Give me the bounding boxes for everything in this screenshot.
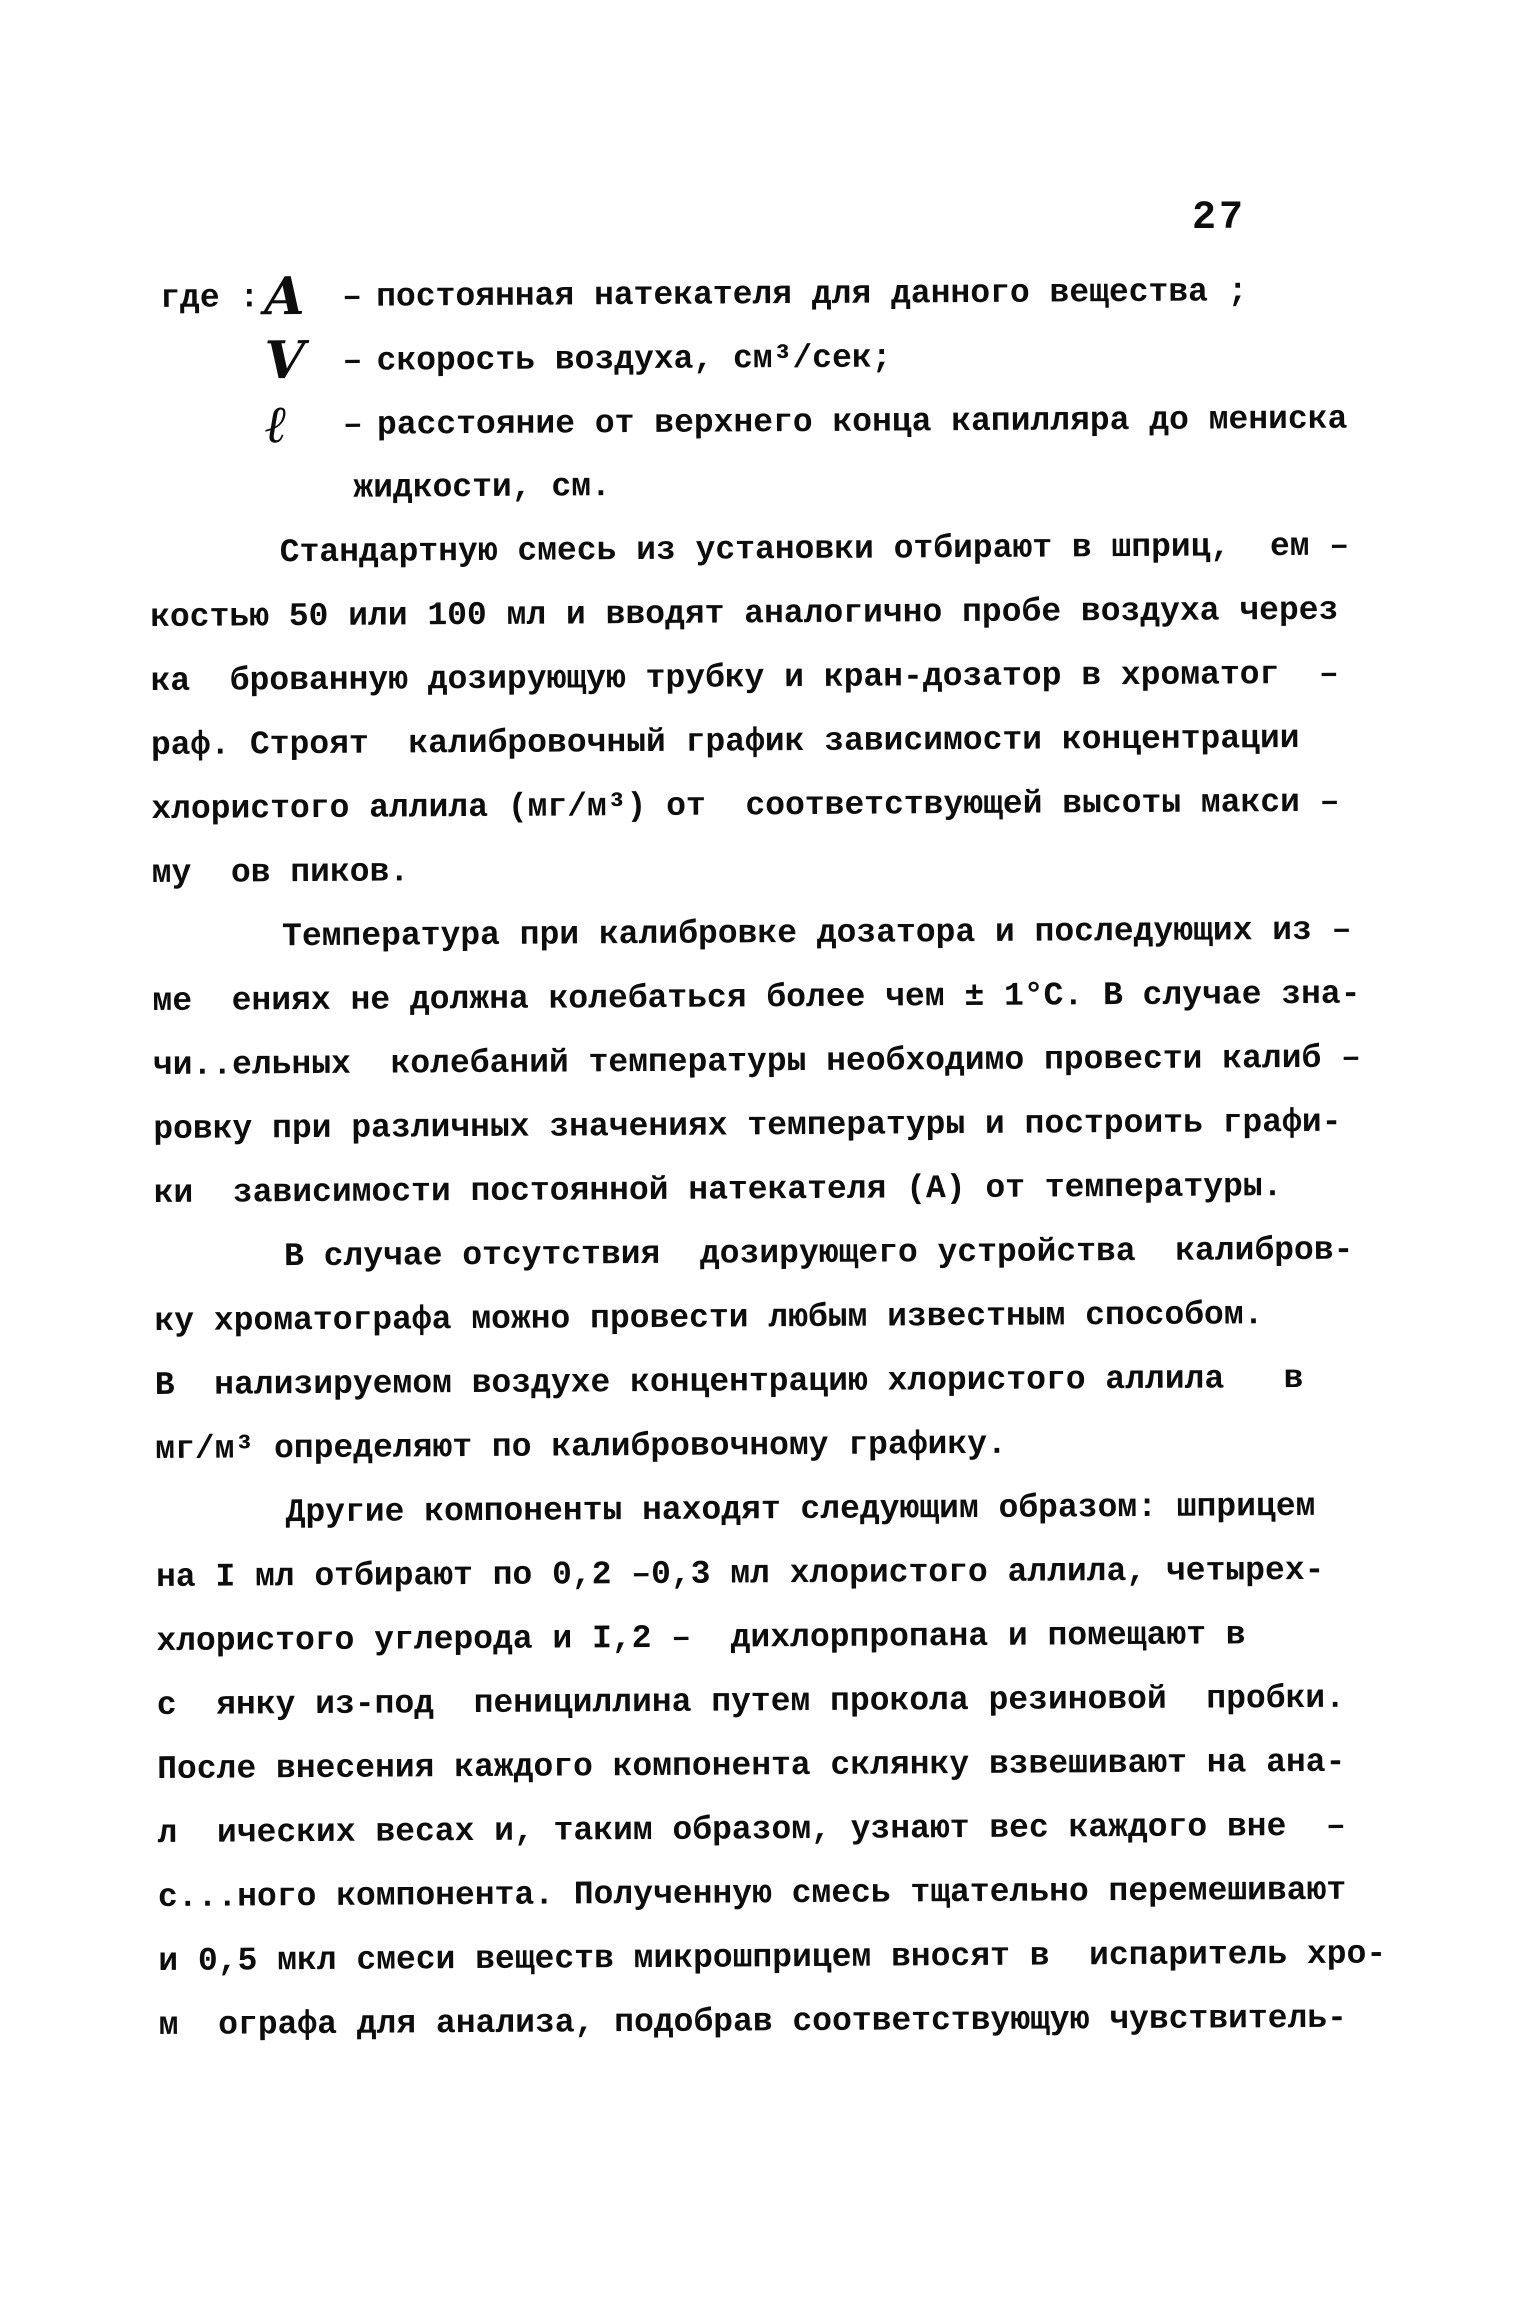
document-page: 27 где : A – постоянная натекателя для д… xyxy=(0,0,1535,2304)
spacer xyxy=(149,361,265,362)
text-line: мг/м³ определяют по калибровочному графи… xyxy=(155,1410,1445,1482)
paragraph-4: Другие компоненты находят следующим обра… xyxy=(155,1474,1448,2058)
page-number: 27 xyxy=(1192,196,1246,241)
text-line: ка брованную дозирующую трубку и кран-до… xyxy=(150,642,1440,714)
definition-text-l: расстояние от верхнего конца капилляра д… xyxy=(377,400,1348,443)
symbol-a: A xyxy=(264,271,342,323)
text-line: Другие компоненты находят следующим обра… xyxy=(155,1474,1445,1546)
definition-text-l-continuation: жидкости, см. xyxy=(149,450,1439,522)
text-line: м ографа для анализа, подобрав соответст… xyxy=(159,1986,1449,2058)
text-line: Температура при калибровке дозатора и по… xyxy=(152,898,1442,970)
text-line: Стандартную смесь из установки отбирают … xyxy=(150,514,1440,586)
text-line: В нализируемом воздухе концентрацию хлор… xyxy=(155,1346,1445,1418)
definition-row-v: V – скорость воздуха, см³/сек; xyxy=(148,322,1438,394)
text-line: на I мл отбирают по 0,2 –0,3 мл хлористо… xyxy=(156,1538,1446,1610)
text-line: костью 50 или 100 мл и вводят аналогично… xyxy=(150,578,1440,650)
spacer xyxy=(149,425,265,426)
symbol-v: V xyxy=(264,335,342,387)
definition-text-v: скорость воздуха, см³/сек; xyxy=(376,339,891,379)
text-line: чи..ельных колебаний температуры необход… xyxy=(153,1026,1443,1098)
dash: – xyxy=(343,406,377,443)
text-line: ки зависимости постоянной натекателя (А)… xyxy=(153,1154,1443,1226)
symbol-l: ℓ xyxy=(265,399,343,451)
definition-text-a: постоянная натекателя для данного вещест… xyxy=(376,273,1248,315)
definition-row-l: ℓ – расстояние от верхнего конца капилля… xyxy=(149,386,1439,458)
definitions-block: где : A – постоянная натекателя для данн… xyxy=(148,258,1440,522)
text-column: где : A – постоянная натекателя для данн… xyxy=(148,258,1449,2058)
text-line: раф. Строят калибровочный график зависим… xyxy=(151,706,1441,778)
text-line: После внесения каждого компонента склянк… xyxy=(157,1730,1447,1802)
definition-row-a: где : A – постоянная натекателя для данн… xyxy=(148,258,1438,330)
text-line: и 0,5 мкл смеси веществ микрошприцем вно… xyxy=(158,1922,1448,1994)
text-line: В случае отсутствия дозирующего устройст… xyxy=(154,1218,1444,1290)
text-line: хлористого аллила (мг/м³) от соответству… xyxy=(151,770,1441,842)
text-line: с...ного компонента. Полученную смесь тщ… xyxy=(158,1858,1448,1930)
dash: – xyxy=(342,342,376,379)
paragraph-3: В случае отсутствия дозирующего устройст… xyxy=(154,1218,1446,1482)
paragraph-2: Температура при калибровке дозатора и по… xyxy=(152,898,1444,1226)
dash: – xyxy=(342,278,376,315)
text-line: хлористого углерода и I,2 – дихлорпропан… xyxy=(156,1602,1446,1674)
text-line: му ов пиков. xyxy=(152,834,1442,906)
text-line: ку хроматографа можно провести любым изв… xyxy=(154,1282,1444,1354)
paragraph-1: Стандартную смесь из установки отбирают … xyxy=(150,514,1442,906)
text-line: л ических весах и, таким образом, узнают… xyxy=(157,1794,1447,1866)
text-line: ме ениях не должна колебаться более чем … xyxy=(152,962,1442,1034)
text-line: ровку при различных значениях температур… xyxy=(153,1090,1443,1162)
definitions-intro: где : xyxy=(148,279,264,317)
text-line: с янку из-под пенициллина путем прокола … xyxy=(157,1666,1447,1738)
